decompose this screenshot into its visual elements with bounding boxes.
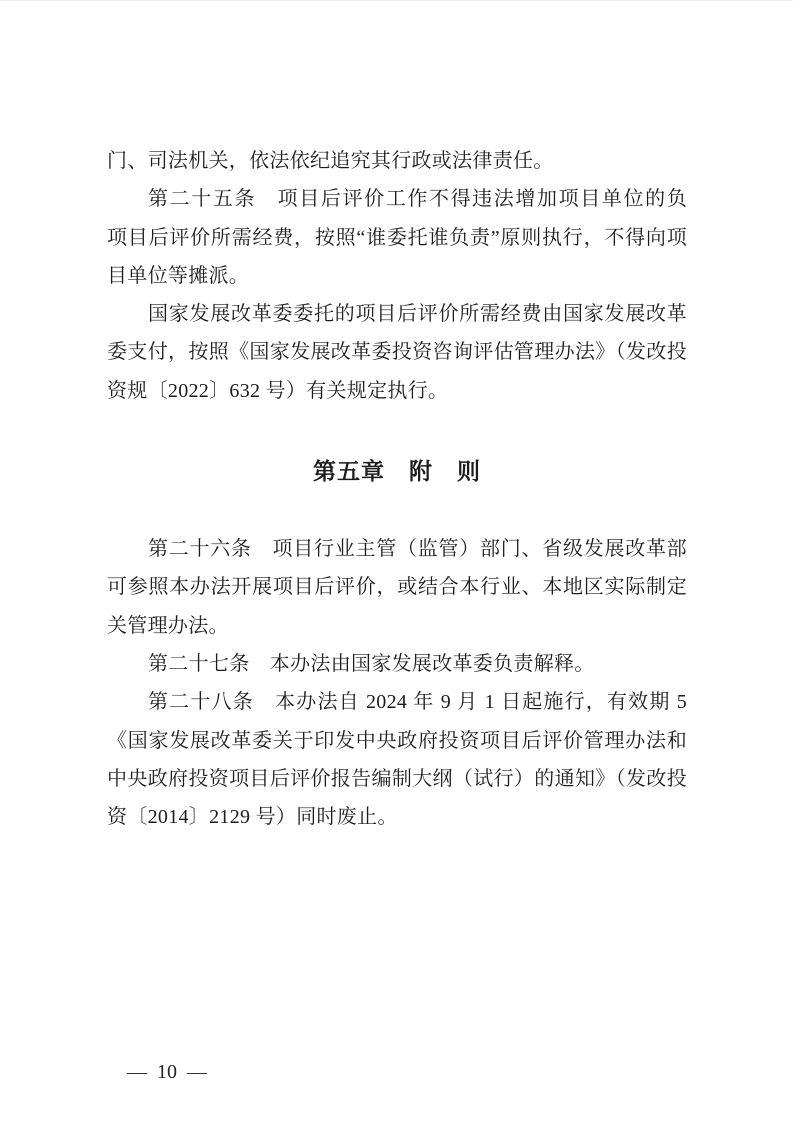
- article-28-line-1: 第二十八条 本办法自 2024 年 9 月 1 日起施行，有效期 5 年。: [107, 683, 687, 721]
- article-25-funding-line-2: 委支付，按照《国家发展改革委投资咨询评估管理办法》（发改投: [107, 333, 687, 371]
- article-25-funding-line-1: 国家发展改革委委托的项目后评价所需经费由国家发展改革: [107, 295, 687, 333]
- article-25-line-2: 项目后评价所需经费，按照“谁委托谁负责”原则执行，不得向项: [107, 219, 687, 257]
- footer-left-dash: —: [127, 1061, 147, 1083]
- document-page: 门、司法机关，依法依纪追究其行政或法律责任。 第二十五条 项目后评价工作不得违法…: [0, 0, 793, 1123]
- article-25-line-1: 第二十五条 项目后评价工作不得违法增加项目单位的负担。: [107, 180, 687, 218]
- article-25-funding-line-3: 资规〔2022〕632 号）有关规定执行。: [107, 372, 687, 410]
- chapter-5-heading: 第五章 附 则: [107, 452, 687, 490]
- page-footer: —10—: [107, 1015, 207, 1053]
- document-body: 门、司法机关，依法依纪追究其行政或法律责任。 第二十五条 项目后评价工作不得违法…: [107, 142, 687, 836]
- article-28-line-3: 中央政府投资项目后评价报告编制大纲（试行）的通知》（发改投: [107, 760, 687, 798]
- article-28-line-2: 《国家发展改革委关于印发中央政府投资项目后评价管理办法和: [107, 722, 687, 760]
- continuation-paragraph-line: 门、司法机关，依法依纪追究其行政或法律责任。: [107, 142, 687, 180]
- article-25-line-3: 目单位等摊派。: [107, 257, 687, 295]
- page-number: 10: [147, 1061, 187, 1083]
- article-26-line-1: 第二十六条 项目行业主管（监管）部门、省级发展改革部门: [107, 530, 687, 568]
- article-28-line-4: 资〔2014〕2129 号）同时废止。: [107, 798, 687, 836]
- article-27-line-1: 第二十七条 本办法由国家发展改革委负责解释。: [107, 645, 687, 683]
- article-26-line-3: 关管理办法。: [107, 607, 687, 645]
- article-26-line-2: 可参照本办法开展项目后评价，或结合本行业、本地区实际制定相: [107, 568, 687, 606]
- footer-right-dash: —: [187, 1061, 207, 1083]
